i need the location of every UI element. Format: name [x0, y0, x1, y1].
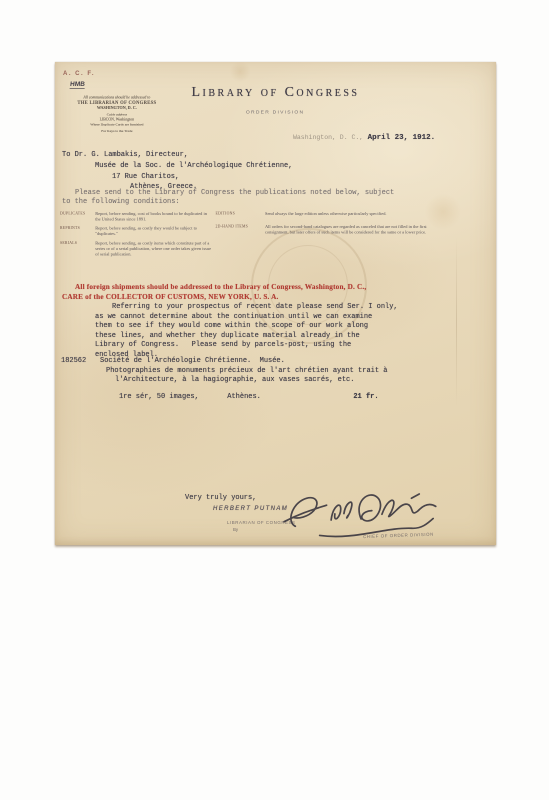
- valediction: Very truly yours,: [185, 494, 256, 502]
- letterhead-title: Library of Congress: [55, 85, 496, 101]
- item-place: Athènes.: [227, 393, 261, 401]
- condition-label: Editions: [210, 211, 265, 217]
- recipient-line: Musée de la Soc. de l'Archéologique Chré…: [95, 162, 292, 170]
- recipient-line: To Dr. G. Lambakis, Directeur,: [62, 151, 188, 159]
- condition-text: Report, before sending, as costly items …: [95, 241, 213, 258]
- clerk-initials-stamp: A. C. F.: [63, 71, 95, 77]
- condition-text: Report, before sending, as costly they w…: [95, 226, 213, 237]
- putnam-name-stamp: HERBERT PUTNAM: [213, 506, 288, 512]
- body-line: Library of Congress. Please send by parc…: [95, 341, 351, 349]
- condition-label: Duplicates: [60, 211, 95, 222]
- dateline-date: April 23, 1912.: [368, 134, 436, 142]
- condition-row-editions: Editions Send always the large edition u…: [210, 211, 437, 217]
- customs-stamp-line: CARE of the COLLECTOR OF CUSTOMS, NEW YO…: [62, 293, 279, 301]
- dateline-place: Washington, D. C.,: [293, 134, 363, 141]
- body-line: them to see if they would come within th…: [95, 322, 368, 330]
- dateline: Washington, D. C., April 23, 1912.: [293, 126, 435, 144]
- body-line: as we cannot determine about the continu…: [95, 313, 372, 321]
- scanned-letter-page: A. C. F. HMB All communications should b…: [0, 0, 549, 800]
- letterhead-line: Where Duplicate Cards are furnished: [58, 122, 176, 127]
- recipient-line: 17 Rue Charitos,: [112, 173, 179, 181]
- item-number: 182562: [61, 357, 86, 365]
- condition-label: Reprints: [60, 226, 95, 237]
- conditions-right-column: Editions Send always the large edition u…: [210, 211, 440, 273]
- body-line: Referring to your prospectus of recent d…: [112, 303, 398, 311]
- condition-row-serials: Serials Report, before sending, as costl…: [60, 241, 215, 258]
- conditions-left-column: Duplicates Report, before sending, cost …: [60, 211, 220, 273]
- paper-crease: [456, 237, 457, 407]
- condition-label: Serials: [60, 241, 95, 258]
- order-division-label: ORDER DIVISION: [55, 103, 496, 121]
- body-line: these lines, and whether they duplicate …: [95, 332, 360, 340]
- item-detail-row: 1re sér, 50 images, Athènes. 21 fr.: [119, 385, 379, 403]
- signature-caption: CHIEF OF ORDER DIVISION: [363, 524, 492, 546]
- letterhead-line: For Keys to the Trade: [58, 129, 176, 134]
- condition-row-reprints: Reprints Report, before sending, as cost…: [60, 226, 215, 237]
- item-price: 21 fr.: [353, 393, 378, 401]
- condition-label: 2d-hand items: [210, 224, 265, 235]
- customs-stamp-line: All foreign shipments should be addresse…: [75, 283, 366, 291]
- condition-text: Report, before sending, cost of books bo…: [95, 211, 213, 222]
- request-line: Please send to the Library of Congress t…: [75, 189, 394, 197]
- letter-paper: A. C. F. HMB All communications should b…: [55, 62, 496, 545]
- condition-text: Send always the large edition unless oth…: [265, 211, 436, 217]
- item-series: 1re sér, 50 images,: [119, 393, 199, 401]
- item-description-line: l'Architecture, à la hagiographie, aux v…: [115, 376, 354, 384]
- request-line: to the following conditions:: [62, 198, 180, 206]
- item-description-line: Photographies de monuments précieux de l…: [106, 367, 387, 375]
- by-label: By: [233, 521, 242, 539]
- condition-row-duplicates: Duplicates Report, before sending, cost …: [60, 211, 215, 222]
- condition-row-secondhand: 2d-hand items All orders for second-hand…: [210, 224, 437, 235]
- condition-text: All orders for second-hand catalogues ar…: [265, 224, 436, 235]
- item-heading: Société de l'Archéologie Chrétienne. Mus…: [100, 357, 285, 365]
